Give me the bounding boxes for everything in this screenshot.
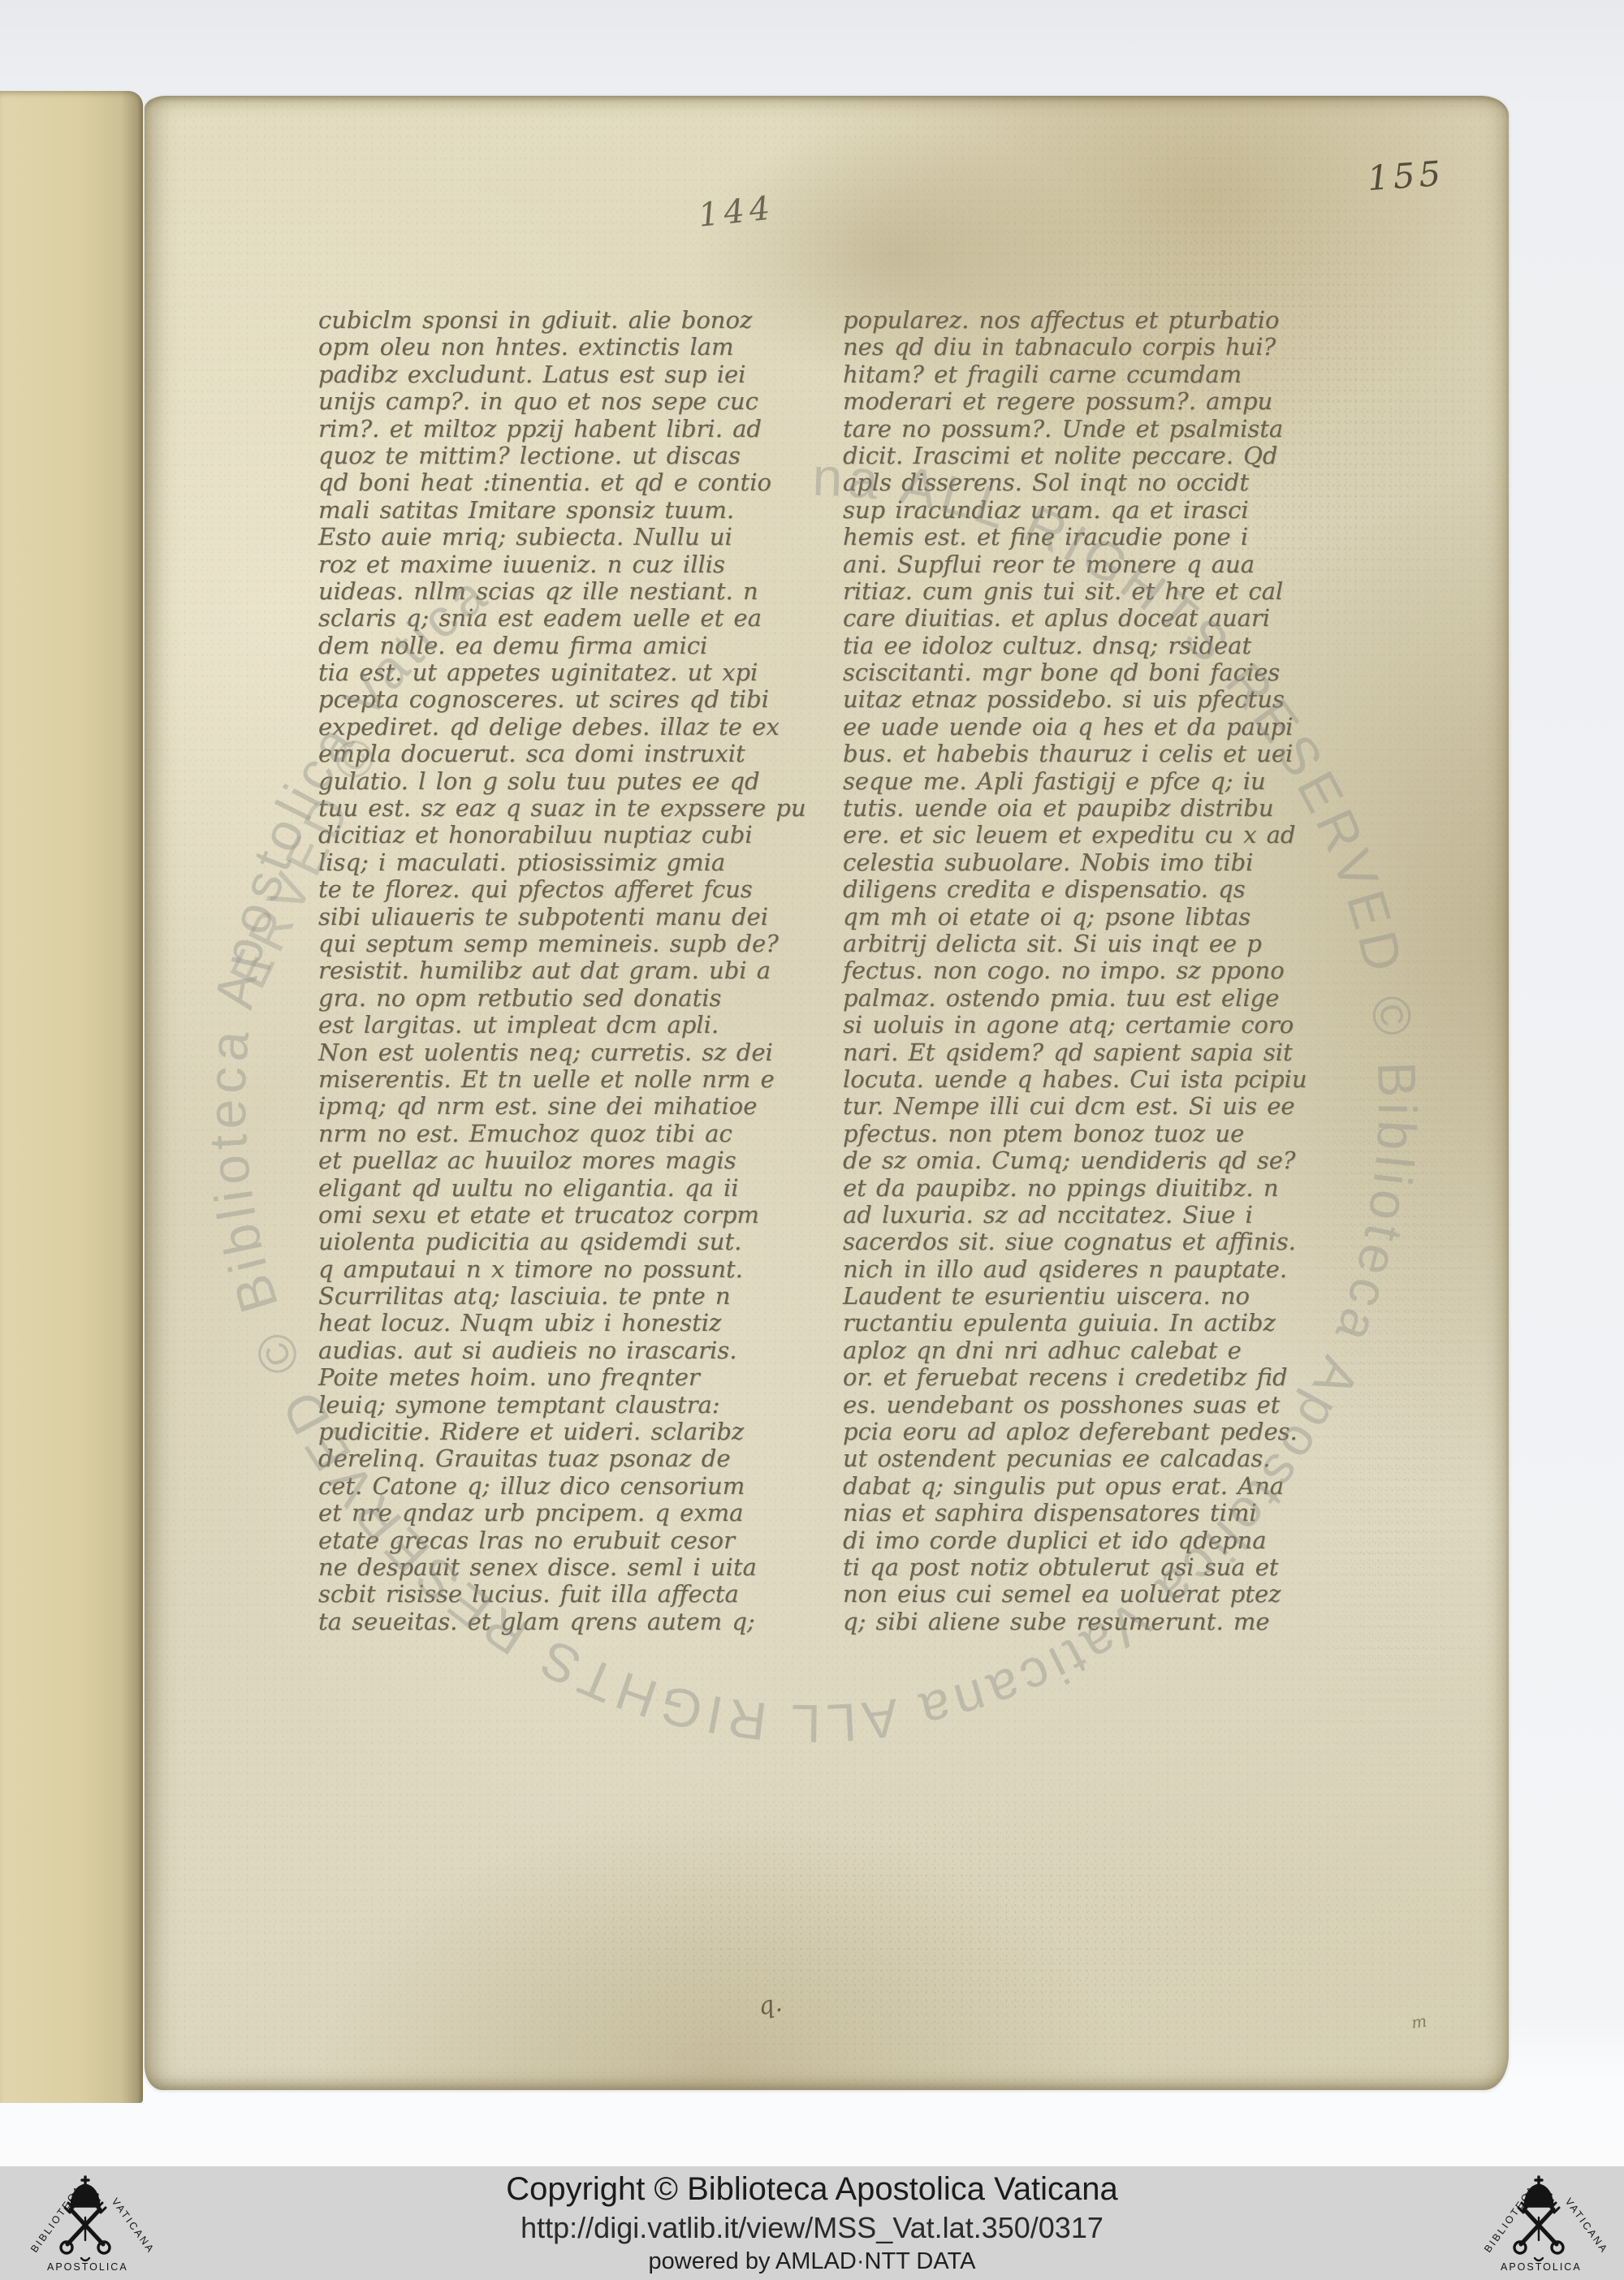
vatican-library-emblem-left: BIBLIOTECA APOSTOLICA VATICANA bbox=[0, 2166, 171, 2280]
manuscript-text-line: tuu est. sz eaz q suaz in te expssere pu bbox=[318, 795, 785, 822]
manuscript-text-line: gulatio. l lon g solu tuu putes ee qd bbox=[318, 768, 785, 795]
manuscript-text-line: ut ostendent pecunias ee calcadas. bbox=[843, 1445, 1314, 1472]
manuscript-text-line: palmaz. ostendo pmia. tuu est elige bbox=[843, 985, 1314, 1012]
vatican-keys-tiara-icon: BIBLIOTECA APOSTOLICA VATICANA bbox=[8, 2167, 162, 2279]
manuscript-text-line: hitam? et fragili carne ccumdam bbox=[843, 361, 1314, 388]
manuscript-text-line: gra. no opm retbutio sed donatis bbox=[318, 985, 785, 1012]
manuscript-text-line: qui septum semp memineis. supb de? bbox=[318, 931, 785, 957]
manuscript-text-line: te te florez. qui pfectos afferet fcus bbox=[318, 876, 785, 903]
footer-text-block: Copyright © Biblioteca Apostolica Vatica… bbox=[171, 2171, 1453, 2275]
manuscript-text-line: es. uendebant os posshones suas et bbox=[843, 1392, 1314, 1419]
manuscript-text-line: etate grecas lras no erubuit cesor bbox=[318, 1527, 785, 1554]
manuscript-text-line: et nre qndaz urb pncipem. q exma bbox=[318, 1500, 785, 1526]
manuscript-text-line: dem nolle. ea demu firma amici bbox=[318, 633, 785, 659]
manuscript-text-line: apls disserens. Sol inqt no occidt bbox=[843, 469, 1314, 496]
manuscript-text-line: tia est. ut appetes uginitatez. ut xpi bbox=[318, 659, 785, 686]
manuscript-text-line: ritiaz. cum gnis tui sit. et hre et cal bbox=[843, 578, 1314, 605]
manuscript-text-line: scbit risisse lucius. fuit illa affecta bbox=[318, 1581, 785, 1608]
logo-text-biblioteca: BIBLIOTECA bbox=[1482, 2183, 1538, 2255]
manuscript-text-line: tur. Nempe illi cui dcm est. Si uis ee bbox=[843, 1093, 1314, 1120]
manuscript-text-line: et puellaz ac huuiloz mores magis bbox=[318, 1147, 785, 1174]
manuscript-text-line: nrm no est. Emuchoz quoz tibi ac bbox=[318, 1121, 785, 1147]
manuscript-text-line: pcia eoru ad aploz deferebant pedes. bbox=[843, 1419, 1314, 1445]
manuscript-text-line: Esto auie mriq; subiecta. Nullu ui bbox=[318, 524, 785, 551]
manuscript-text-line: est largitas. ut impleat dcm apli. bbox=[318, 1012, 785, 1039]
manuscript-text-line: Laudent te esurientiu uiscera. no bbox=[843, 1283, 1314, 1310]
manuscript-text-line: nich in illo aud qsideres n pauptate. bbox=[843, 1256, 1314, 1283]
manuscript-text-line: ipmq; qd nrm est. sine dei mihatioe bbox=[318, 1093, 785, 1120]
logo-text-vaticana: VATICANA bbox=[110, 2196, 158, 2256]
folio-number-verso: 144 bbox=[697, 189, 777, 235]
logo-text-apostolica: APOSTOLICA bbox=[1501, 2261, 1582, 2273]
manuscript-text-line: nari. Et qsidem? qd sapient sapia sit bbox=[843, 1039, 1314, 1066]
manuscript-text-line: ti qa post notiz obtulerut qsi sua et bbox=[843, 1554, 1314, 1581]
manuscript-text-line: pcepta cognosceres. ut scires qd tibi bbox=[318, 686, 785, 713]
manuscript-text-line: qd boni heat :tinentia. et qd e contio bbox=[318, 469, 785, 496]
manuscript-text-line: sclaris q; snia est eadem uelle et ea bbox=[318, 605, 785, 632]
manuscript-text-line: ructantiu epulenta guiuia. In actibz bbox=[843, 1310, 1314, 1336]
manuscript-text-line: roz et maxime iuueniz. n cuz illis bbox=[318, 551, 785, 578]
manuscript-text-line: de sz omia. Cumq; uendideris qd se? bbox=[843, 1147, 1314, 1174]
manuscript-text-line: mali satitas Imitare sponsiz tuum. bbox=[318, 497, 785, 524]
manuscript-text-line: Non est uolentis neq; curretis. sz dei bbox=[318, 1039, 785, 1066]
manuscript-text-line: sacerdos sit. siue cognatus et affinis. bbox=[843, 1229, 1314, 1255]
manuscript-text-line: quoz te mittim? lectione. ut discas bbox=[318, 443, 785, 469]
manuscript-text-line: cubiclm sponsi in gdiuit. alie bonoz bbox=[318, 307, 785, 334]
manuscript-column-right: popularez. nos affectus et pturbationes … bbox=[843, 307, 1314, 1635]
manuscript-text-line: Scurrilitas atq; lasciuia. te pnte n bbox=[318, 1283, 785, 1310]
manuscript-text-line: omi sexu et etate et trucatoz corpm bbox=[318, 1202, 785, 1229]
manuscript-text-line: aploz qn dni nri adhuc calebat e bbox=[843, 1337, 1314, 1364]
manuscript-text-line: cet. Catone q; illuz dico censorium bbox=[318, 1473, 785, 1500]
manuscript-text-line: lisq; i maculati. ptiosissimiz gmia bbox=[318, 849, 785, 876]
manuscript-text-line: care diuitias. et aplus doceat auari bbox=[843, 605, 1314, 632]
manuscript-text-line: unijs camp?. in quo et nos sepe cuc bbox=[318, 388, 785, 415]
footer-copyright: Copyright © Biblioteca Apostolica Vatica… bbox=[506, 2171, 1118, 2208]
logo-text-apostolica: APOSTOLICA bbox=[47, 2261, 128, 2273]
manuscript-text-line: sciscitanti. mgr bone qd boni facies bbox=[843, 659, 1314, 686]
manuscript-text-line: popularez. nos affectus et pturbatio bbox=[843, 307, 1314, 334]
facing-page-edge bbox=[0, 91, 143, 2103]
manuscript-text-line: Poite metes hoim. uno freqnter bbox=[318, 1364, 785, 1391]
manuscript-text-line: nias et saphira dispensatores timi bbox=[843, 1500, 1314, 1526]
manuscript-text-line: audias. aut si audieis no irascaris. bbox=[318, 1337, 785, 1364]
manuscript-text-line: expediret. qd delige debes. illaz te ex bbox=[318, 714, 785, 741]
manuscript-text-line: opm oleu non hntes. extinctis lam bbox=[318, 334, 785, 361]
manuscript-text-line: celestia subuolare. Nobis imo tibi bbox=[843, 849, 1314, 876]
manuscript-text-line: uiolenta pudicitia au qsidemdi sut. bbox=[318, 1229, 785, 1255]
manuscript-text-line: non eius cui semel ea uoluerat ptez bbox=[843, 1581, 1314, 1608]
manuscript-text-line: seque me. Apli fastigij e pfce q; iu bbox=[843, 768, 1314, 795]
manuscript-text-line: derelinq. Grauitas tuaz psonaz de bbox=[318, 1445, 785, 1472]
manuscript-text-line: or. et feruebat recens i credetibz fid bbox=[843, 1364, 1314, 1391]
manuscript-text-line: sibi uliaueris te subpotenti manu dei bbox=[318, 904, 785, 931]
manuscript-text-line: heat locuz. Nuqm ubiz i honestiz bbox=[318, 1310, 785, 1336]
manuscript-text-line: hemis est. et fine iracudie pone i bbox=[843, 524, 1314, 551]
manuscript-text-line: empla docuerut. sca domi instruxit bbox=[318, 741, 785, 767]
manuscript-text-line: ne despauit senex disce. seml i uita bbox=[318, 1554, 785, 1581]
manuscript-text-line: sup iracundiaz uram. qa et irasci bbox=[843, 497, 1314, 524]
manuscript-text-line: pudicitie. Ridere et uideri. sclaribz bbox=[318, 1419, 785, 1445]
footer-bar: BIBLIOTECA APOSTOLICA VATICANA Copyright… bbox=[0, 2166, 1624, 2280]
logo-text-biblioteca: BIBLIOTECA bbox=[28, 2183, 84, 2255]
manuscript-text-line: arbitrij delicta sit. Si uis inqt ee p bbox=[843, 931, 1314, 957]
corner-mark: m bbox=[1410, 2011, 1427, 2032]
manuscript-text-line: bus. et habebis thauruz i celis et uei bbox=[843, 741, 1314, 767]
manuscript-text-line: ee uade uende oia q hes et da paupi bbox=[843, 714, 1314, 741]
manuscript-text-line: pfectus. non ptem bonoz tuoz ue bbox=[843, 1121, 1314, 1147]
manuscript-column-left: cubiclm sponsi in gdiuit. alie bonozopm … bbox=[318, 307, 785, 1635]
manuscript-text-line: miserentis. Et tn uelle et nolle nrm e bbox=[318, 1066, 785, 1093]
manuscript-text-line: eligant qd uultu no eligantia. qa ii bbox=[318, 1175, 785, 1202]
manuscript-text-line: dicit. Irascimi et nolite peccare. Qd bbox=[843, 443, 1314, 469]
manuscript-text-line: di imo corde duplici et ido qdepna bbox=[843, 1527, 1314, 1554]
manuscript-text-line: leuiq; symone temptant claustra: bbox=[318, 1392, 785, 1419]
manuscript-text-line: dicitiaz et honorabiluu nuptiaz cubi bbox=[318, 822, 785, 849]
manuscript-text-line: ani. Supflui reor te monere q aua bbox=[843, 551, 1314, 578]
manuscript-text-line: q; sibi aliene sube resumerunt. me bbox=[843, 1609, 1314, 1635]
manuscript-text-line: rim?. et miltoz ppzij habent libri. ad bbox=[318, 416, 785, 443]
manuscript-text-line: dabat q; singulis put opus erat. Ana bbox=[843, 1473, 1314, 1500]
logo-text-vaticana: VATICANA bbox=[1563, 2196, 1611, 2256]
manuscript-text-line: tia ee idoloz cultuz. dnsq; rsideat bbox=[843, 633, 1314, 659]
manuscript-text-line: locuta. uende q habes. Cui ista pcipiu bbox=[843, 1066, 1314, 1093]
manuscript-text-line: fectus. non cogo. no impo. sz ppono bbox=[843, 957, 1314, 984]
manuscript-text-line: uideas. nllm scias qz ille nestiant. n bbox=[318, 578, 785, 605]
folio-number-recto: 155 bbox=[1366, 153, 1445, 199]
manuscript-text-line: q amputaui n x timore no possunt. bbox=[318, 1256, 785, 1283]
manuscript-text-line: ad luxuria. sz ad nccitatez. Siue i bbox=[843, 1202, 1314, 1229]
manuscript-text-line: ta seueitas. et glam qrens autem q; bbox=[318, 1609, 785, 1635]
manuscript-text-line: nes qd diu in tabnaculo corpis hui? bbox=[843, 334, 1314, 361]
manuscript-text-line: qm mh oi etate oi q; psone libtas bbox=[843, 904, 1314, 931]
vatican-library-emblem-right: BIBLIOTECA APOSTOLICA VATICANA bbox=[1453, 2166, 1624, 2280]
manuscript-text-line: moderari et regere possum?. ampu bbox=[843, 388, 1314, 415]
manuscript-text-line: tutis. uende oia et paupibz distribu bbox=[843, 795, 1314, 822]
manuscript-text-line: si uoluis in agone atq; certamie coro bbox=[843, 1012, 1314, 1039]
footer-powered-by: powered by AMLAD·NTT DATA bbox=[649, 2248, 976, 2275]
manuscript-text-line: et da paupibz. no ppings diuitibz. n bbox=[843, 1175, 1314, 1202]
footer-url: http://digi.vatlib.it/view/MSS_Vat.lat.3… bbox=[520, 2211, 1104, 2245]
manuscript-text-line: diligens credita e dispensatio. qs bbox=[843, 876, 1314, 903]
manuscript-text-line: tare no possum?. Unde et psalmista bbox=[843, 416, 1314, 443]
manuscript-text-line: ere. et sic leuem et expeditu cu x ad bbox=[843, 822, 1314, 849]
vatican-keys-tiara-icon: BIBLIOTECA APOSTOLICA VATICANA bbox=[1462, 2167, 1616, 2279]
manuscript-text-line: resistit. humilibz aut dat gram. ubi a bbox=[318, 957, 785, 984]
manuscript-text-line: uitaz etnaz possidebo. si uis pfectus bbox=[843, 686, 1314, 713]
manuscript-text-line: padibz excludunt. Latus est sup iei bbox=[318, 361, 785, 388]
